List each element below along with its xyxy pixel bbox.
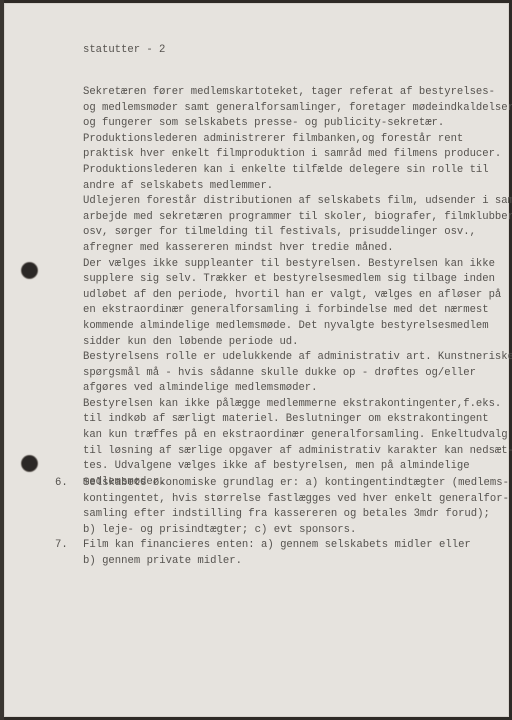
item-6-number: 6. [55, 476, 68, 492]
paragraph-line: kommende almindelige medlemsmøde. Det ny… [83, 319, 512, 335]
punch-hole-top [22, 263, 37, 278]
paragraph-line: arbejde med sekretæren programmer til sk… [83, 210, 512, 226]
paragraph-line: Sekretæren fører medlemskartoteket, tage… [83, 85, 512, 101]
punch-hole-bottom [22, 456, 37, 471]
paragraph-line: Produktionslederen administrerer filmban… [83, 132, 512, 148]
paragraph-line: supplere sig selv. Trækker et bestyrelse… [83, 272, 512, 288]
item-6-body: Selskabets økonomiske grundlag er: a) ko… [83, 476, 509, 538]
paragraph-line: osv, sørger for tilmelding til festivals… [83, 225, 512, 241]
paragraph-line: tes. Udvalgene vælges ikke af bestyrelse… [83, 459, 512, 475]
paragraph-line: Der vælges ikke suppleanter til bestyrel… [83, 257, 512, 273]
paragraph-line: til løsning af særlige opgaver af admini… [83, 444, 512, 460]
paragraph-line: andre af selskabets medlemmer. [83, 179, 512, 195]
paragraph-line: kan kun træffes på en ekstraordinær gene… [83, 428, 512, 444]
paragraph-line: Bestyrelsen kan ikke pålægge medlemmerne… [83, 397, 512, 413]
item-7-line: Film kan financieres enten: a) gennem se… [83, 538, 471, 554]
item-6-line: kontingentet, hvis størrelse fastlægges … [83, 492, 509, 508]
paragraph-line: og medlemsmøder samt generalforsamlinger… [83, 101, 512, 117]
paragraph-line: Udlejeren forestår distributionen af sel… [83, 194, 512, 210]
paragraph-line: afregner med kassereren mindst hver tred… [83, 241, 512, 257]
paragraph-line: Bestyrelsens rolle er udelukkende af adm… [83, 350, 512, 366]
item-7-line: b) gennem private midler. [83, 554, 471, 570]
paragraph-line: og fungerer som selskabets presse- og pu… [83, 116, 512, 132]
paragraph-line: en ekstraordinær generalforsamling i for… [83, 303, 512, 319]
paragraph-line: praktisk hver enkelt filmproduktion i sa… [83, 147, 512, 163]
paragraph-line: sidder kun den løbende periode ud. [83, 335, 512, 351]
item-7-number: 7. [55, 538, 68, 554]
item-6-line: Selskabets økonomiske grundlag er: a) ko… [83, 476, 509, 492]
paragraph-line: spørgsmål må - hvis sådanne skulle dukke… [83, 366, 512, 382]
page-header: statutter - 2 [83, 43, 165, 59]
paragraph-line: afgøres ved almindelige medlemsmøder. [83, 381, 512, 397]
paragraph-line: Produktionslederen kan i enkelte tilfæld… [83, 163, 512, 179]
body-paragraphs: Sekretæren fører medlemskartoteket, tage… [83, 85, 512, 490]
paragraph-line: udløbet af den periode, hvortil han er v… [83, 288, 512, 304]
item-6-line: samling efter indstilling fra kassereren… [83, 507, 509, 523]
item-6-line: b) leje- og prisindtægter; c) evt sponso… [83, 523, 509, 539]
paragraph-line: til indkøb af særligt materiel. Beslutni… [83, 412, 512, 428]
item-7-body: Film kan financieres enten: a) gennem se… [83, 538, 471, 569]
